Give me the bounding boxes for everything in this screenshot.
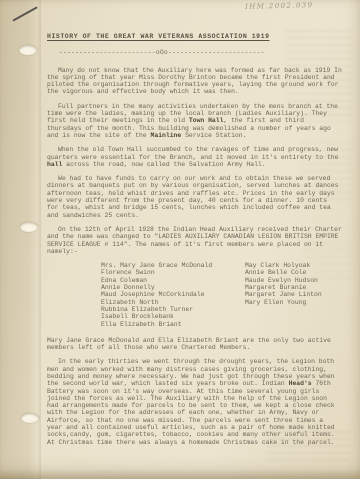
accession-number: IHM.2002.039 — [245, 1, 314, 11]
member-name: Margaret Buranie — [245, 284, 322, 291]
page-crease — [40, 0, 41, 479]
typed-text-block: HISTORY OF THE GREAT WAR VETERANS ASSOCI… — [47, 33, 342, 453]
title-divider: ------------------------oOo-------------… — [59, 49, 342, 56]
members-column-left: Mrs. Mary Jane Grace McDonaldFlorence Sw… — [101, 262, 245, 328]
paragraph: Many do not know that the Auxiliary here… — [47, 67, 342, 96]
member-name: Isabell Brocklebank — [101, 313, 245, 320]
paragraph: Full partners in the many activities und… — [47, 103, 342, 139]
page-bottom-edge — [0, 469, 360, 479]
binding-margin — [0, 0, 40, 479]
members-column-right: May Clark HolyoakAnnie Belle ColeMaude E… — [245, 262, 322, 328]
charter-members-list: Mrs. Mary Jane Grace McDonaldFlorence Sw… — [101, 262, 342, 328]
member-name: Margaret Jane Linton — [245, 291, 322, 298]
paragraph: When the old Town Hall succumbed to the … — [47, 146, 342, 168]
member-name: Mary Ellen Young — [245, 299, 322, 306]
paragraph: Mary Jane Grace McDonald and Ella Elizab… — [47, 337, 342, 352]
punch-hole — [20, 222, 38, 232]
paragraph: On the 12th of April 1928 the Indian Hea… — [47, 226, 342, 255]
paragraph: In the early thirties we went through th… — [47, 358, 342, 446]
member-name: Annie Belle Cole — [245, 269, 322, 276]
member-name: Maud Josephine McCorkindale — [101, 291, 245, 298]
member-name: Florence Swinn — [101, 269, 245, 276]
punch-hole — [21, 413, 39, 423]
paragraph: We had to have funds to carry on our wor… — [47, 175, 342, 219]
document-title: HISTORY OF THE GREAT WAR VETERANS ASSOCI… — [47, 33, 342, 40]
member-name: Annie Donnelly — [101, 284, 245, 291]
member-name: Maude Evelyn Hudson — [245, 277, 322, 284]
member-name: Elizabeth North — [101, 299, 245, 306]
member-name: Edna Coleman — [101, 277, 245, 284]
scanned-document-page: IHM.2002.039 HISTORY OF THE GREAT WAR VE… — [0, 0, 360, 479]
member-name: May Clark Holyoak — [245, 262, 322, 269]
member-name: Mrs. Mary Jane Grace McDonald — [101, 262, 245, 269]
member-name: Rubbina Elizabeth Turner — [101, 306, 245, 313]
member-name: Ella Elizabeth Briant — [101, 321, 245, 328]
punch-hole — [19, 45, 37, 55]
